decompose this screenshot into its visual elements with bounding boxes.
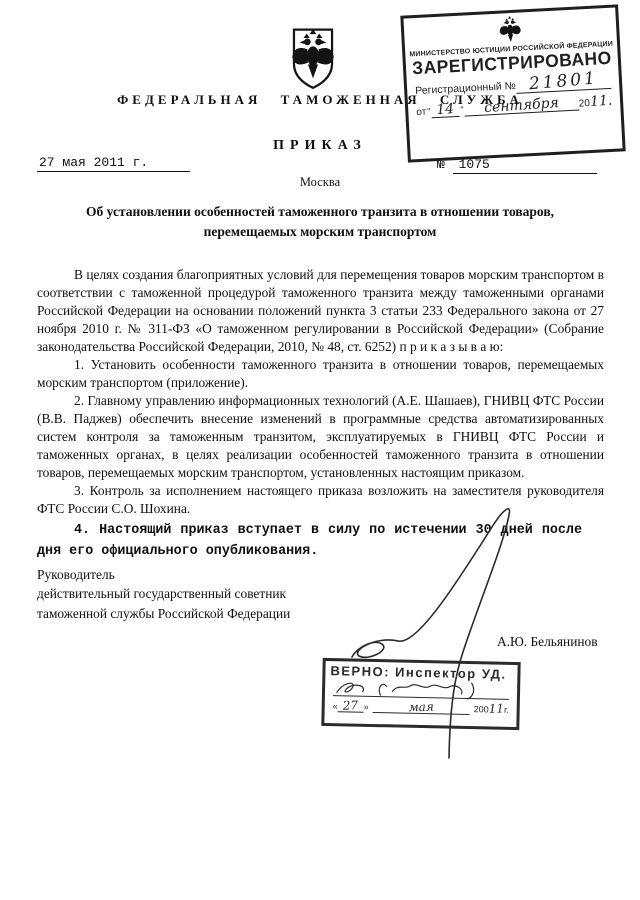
signoff-block: Руководитель действительный государствен… xyxy=(37,565,604,623)
registration-date-day-field: 14 xyxy=(431,102,460,118)
verification-year-printed: 200 xyxy=(474,704,489,714)
order-paragraph-3: 3. Контроль за исполнением настоящего пр… xyxy=(37,482,604,518)
doc-type-title: ПРИКАЗ xyxy=(0,138,640,154)
signoff-line-3: таможенной службы Российской Федерации xyxy=(37,604,604,623)
signoff-line-2: действительный государственный советник xyxy=(37,584,604,603)
registration-date-month: сентября xyxy=(484,96,559,115)
order-paragraph-4: 4. Настоящий приказ вступает в силу по и… xyxy=(37,520,582,562)
close-quote-mark: » xyxy=(364,702,369,712)
registration-date-year-written: 11. xyxy=(589,93,612,111)
document-page: ФЕДЕРАЛЬНАЯ ТАМОЖЕННАЯ СЛУЖБА МИНИСТЕРСТ… xyxy=(0,0,640,900)
quote-mark: " xyxy=(427,106,431,116)
order-number-line: № 1075 xyxy=(437,157,597,174)
order-city: Москва xyxy=(0,175,640,190)
registration-number-field: 21801 xyxy=(515,71,611,94)
russia-coat-of-arms-icon xyxy=(285,26,341,92)
verification-year-written: 11 xyxy=(489,701,505,715)
registration-date-prefix: от xyxy=(416,107,426,119)
registration-date-year-printed: 20 xyxy=(578,98,590,110)
order-number-sign: № xyxy=(437,157,445,172)
verification-signature-line xyxy=(333,678,509,700)
order-paragraph-intro: В целях создания благоприятных условий д… xyxy=(37,266,604,356)
order-date-value: 27 мая 2011 г. xyxy=(37,155,190,172)
registration-number-value: 21801 xyxy=(528,70,598,93)
order-body: В целях создания благоприятных условий д… xyxy=(37,266,604,623)
order-paragraph-1: 1. Установить особенности таможенного тр… xyxy=(37,356,604,392)
order-number: 1075 xyxy=(459,157,490,172)
verification-day-field: 27 xyxy=(338,699,364,713)
registration-number-label: Регистрационный № xyxy=(415,80,516,97)
quote-mark: " xyxy=(460,105,464,115)
order-title-line1: Об установлении особенностей таможенного… xyxy=(30,202,610,222)
ministry-emblem-icon xyxy=(494,14,526,47)
order-date: 27 мая 2011 г. xyxy=(37,155,190,172)
order-title-line2: перемещаемых морским транспортом xyxy=(30,222,610,242)
verification-date-day: 27 xyxy=(343,699,359,711)
registration-date-day: 14 xyxy=(436,102,455,117)
verification-stamp: ВЕРНО: Инспектор УД. « 27 » мая 20011 г. xyxy=(321,658,520,730)
verification-date-month: мая xyxy=(409,701,434,714)
signoff-line-1: Руководитель xyxy=(37,565,604,584)
verification-year-suffix: г. xyxy=(504,705,509,715)
signatory-name: А.Ю. Бельянинов xyxy=(497,634,598,650)
order-title: Об установлении особенностей таможенного… xyxy=(30,202,610,241)
registration-date-month-field: сентября xyxy=(464,96,579,117)
order-number-field: 1075 xyxy=(453,157,597,174)
order-paragraph-2: 2. Главному управлению информационных те… xyxy=(37,392,604,482)
